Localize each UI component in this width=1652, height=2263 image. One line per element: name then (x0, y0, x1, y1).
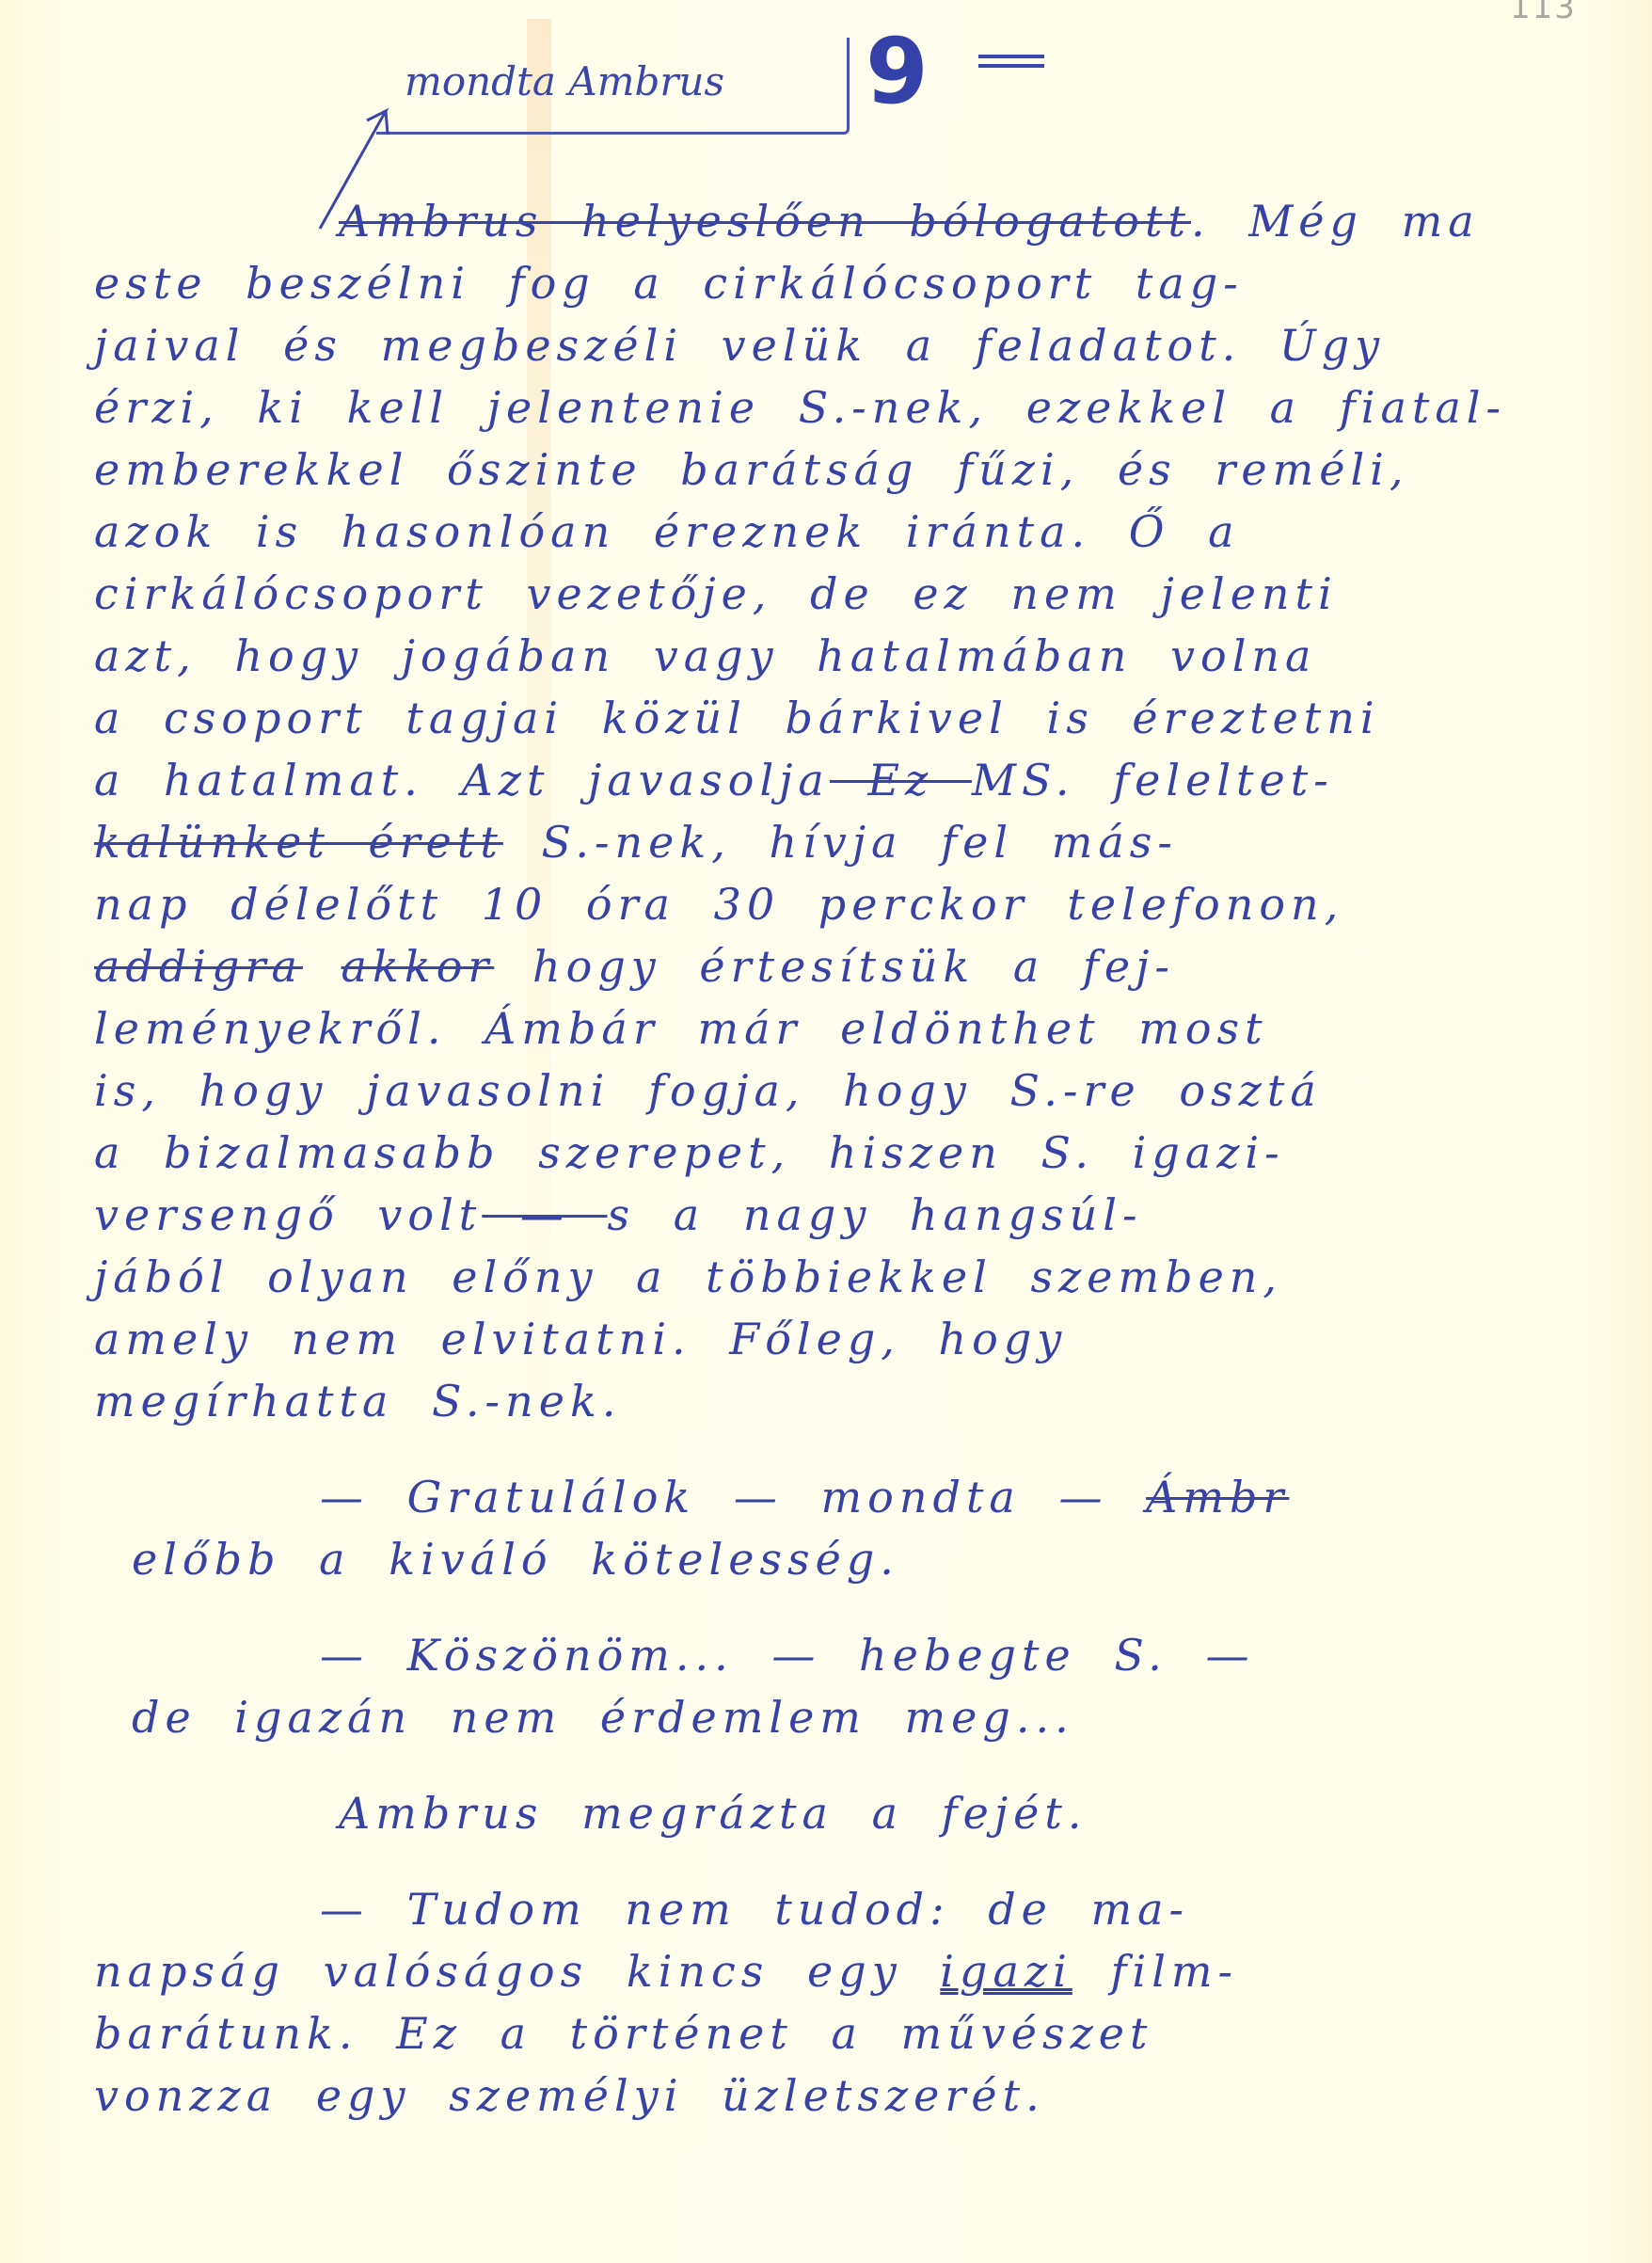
line-text: nap délelőtt 10 óra 30 perckor telefonon… (94, 879, 1343, 930)
line-text: emberekkel őszinte barátság fűzi, és rem… (94, 444, 1409, 495)
manuscript-line: versengő volt — s a nagy hangsúl- (94, 1191, 1599, 1253)
line-text: . Még ma (1191, 196, 1480, 247)
line-text: versengő volt (94, 1189, 482, 1240)
manuscript-line: barátunk. Ez a történet a művészet (94, 2010, 1599, 2072)
manuscript-line: előbb a kiváló kötelesség. (94, 1536, 1599, 1598)
line-text: Ambrus megrázta a fejét. (339, 1788, 1088, 1839)
line-text: s a nagy hangsúl- (608, 1189, 1143, 1240)
manuscript-line: érzi, ki kell jelentenie S.-nek, ezekkel… (94, 384, 1599, 446)
line-text: cirkálócsoport vezetője, de ez nem jelen… (94, 568, 1338, 619)
manuscript-line: emberekkel őszinte barátság fűzi, és rem… (94, 446, 1599, 508)
line-text: a hatalmat. Azt javasolja (94, 755, 830, 805)
line-text: este beszélni fog a cirkálócsoport tag- (94, 258, 1244, 309)
manuscript-line: a bizalmasabb szerepet, hiszen S. igazi- (94, 1129, 1599, 1191)
line-text: azt, hogy jogában vagy hatalmában volna (94, 630, 1316, 681)
line-text: azok is hasonlóan éreznek iránta. Ő a (94, 506, 1240, 557)
manuscript-line: Ambrus megrázta a fejét. (94, 1790, 1599, 1852)
line-text: megírhatta S.-nek. (94, 1376, 621, 1426)
page-number-dash (978, 55, 1044, 68)
inserted-note: mondta Ambrus (405, 58, 724, 104)
manuscript-line: a csoport tagjai közül bárkivel is érezt… (94, 694, 1599, 757)
paragraph-gap (94, 1756, 1599, 1790)
struck-text: Ámbr (1146, 1472, 1289, 1522)
line-text: amely nem elvitatni. Főleg, hogy (94, 1314, 1067, 1364)
struck-text: addigra (94, 941, 303, 992)
manuscript-line: napság valóságos kincs egy igazi film- (94, 1948, 1599, 2010)
line-text (303, 941, 342, 992)
line-text: a bizalmasabb szerepet, hiszen S. igazi- (94, 1127, 1285, 1178)
manuscript-line: vonzza egy személyi üzletszerét. (94, 2072, 1599, 2134)
manuscript-line: kalünket érett S.-nek, hívja fel más- (94, 819, 1599, 881)
struck-text: Ez (830, 755, 972, 805)
line-text: vonzza egy személyi üzletszerét. (94, 2070, 1045, 2121)
manuscript-line: azok is hasonlóan éreznek iránta. Ő a (94, 508, 1599, 570)
line-text: is, hogy javasolni fogja, hogy S.-re osz… (94, 1065, 1322, 1116)
struck-text: akkor (342, 941, 495, 992)
manuscript-line: is, hogy javasolni fogja, hogy S.-re osz… (94, 1067, 1599, 1129)
manuscript-line: — Tudom nem tudod: de ma- (94, 1886, 1599, 1948)
struck-text: Ambrus helyeslően bólogatott (339, 196, 1191, 247)
line-text: a csoport tagjai közül bárkivel is érezt… (94, 693, 1380, 743)
manuscript-line: Ambrus helyeslően bólogatott. Még ma (94, 198, 1599, 260)
manuscript-body: Ambrus helyeslően bólogatott. Még maeste… (94, 198, 1599, 2134)
manuscript-line: megírhatta S.-nek. (94, 1378, 1599, 1440)
manuscript-line: azt, hogy jogában vagy hatalmában volna (94, 632, 1599, 694)
page-number: 9 (866, 19, 929, 124)
manuscript-line: jaival és megbeszéli velük a feladatot. … (94, 322, 1599, 384)
manuscript-line: addigra akkor hogy értesítsük a fej- (94, 943, 1599, 1005)
paragraph-gap (94, 1598, 1599, 1632)
line-text: érzi, ki kell jelentenie S.-nek, ezekkel… (94, 382, 1506, 433)
manuscript-line: — Gratulálok — mondta — Ámbr (94, 1474, 1599, 1536)
manuscript-line: cirkálócsoport vezetője, de ez nem jelen… (94, 570, 1599, 632)
line-text: leményekről. Ámbár már eldönthet most (94, 1003, 1268, 1054)
manuscript-page: 113 9 mondta Ambrus Ambrus helyeslően bó… (0, 0, 1652, 2263)
line-text: jaival és megbeszéli velük a feladatot. … (94, 320, 1385, 371)
manuscript-line: este beszélni fog a cirkálócsoport tag- (94, 260, 1599, 322)
manuscript-line: — Köszönöm... — hebegte S. — (94, 1632, 1599, 1694)
paragraph-gap (94, 1440, 1599, 1474)
manuscript-line: amely nem elvitatni. Főleg, hogy (94, 1315, 1599, 1378)
manuscript-line: jából olyan előny a többiekkel szemben, (94, 1253, 1599, 1315)
manuscript-line: nap délelőtt 10 óra 30 perckor telefonon… (94, 881, 1599, 943)
line-text: de igazán nem érdemlem meg... (132, 1692, 1074, 1743)
line-text: — Gratulálok — mondta — (320, 1472, 1146, 1522)
struck-text: kalünket érett (94, 817, 503, 868)
manuscript-line: a hatalmat. Azt javasolja Ez MS. felelte… (94, 757, 1599, 819)
line-text: hogy értesítsük a fej- (494, 941, 1175, 992)
archive-number: 113 (1510, 0, 1577, 26)
struck-text: — (482, 1189, 607, 1240)
manuscript-line: leményekről. Ámbár már eldönthet most (94, 1005, 1599, 1067)
line-text: napság valóságos kincs egy (94, 1946, 940, 1997)
paragraph-gap (94, 1852, 1599, 1886)
line-text: MS. feleltet- (972, 755, 1334, 805)
underlined-text: igazi (940, 1946, 1072, 1997)
line-text: — Tudom nem tudod: de ma- (320, 1884, 1189, 1935)
line-text: barátunk. Ez a történet a művészet (94, 2008, 1153, 2059)
line-text: előbb a kiváló kötelesség. (132, 1534, 899, 1585)
line-text: jából olyan előny a többiekkel szemben, (94, 1251, 1282, 1302)
line-text: — Köszönöm... — hebegte S. — (320, 1630, 1254, 1681)
line-text: S.-nek, hívja fel más- (503, 817, 1178, 868)
manuscript-line: de igazán nem érdemlem meg... (94, 1694, 1599, 1756)
line-text: film- (1072, 1946, 1238, 1997)
